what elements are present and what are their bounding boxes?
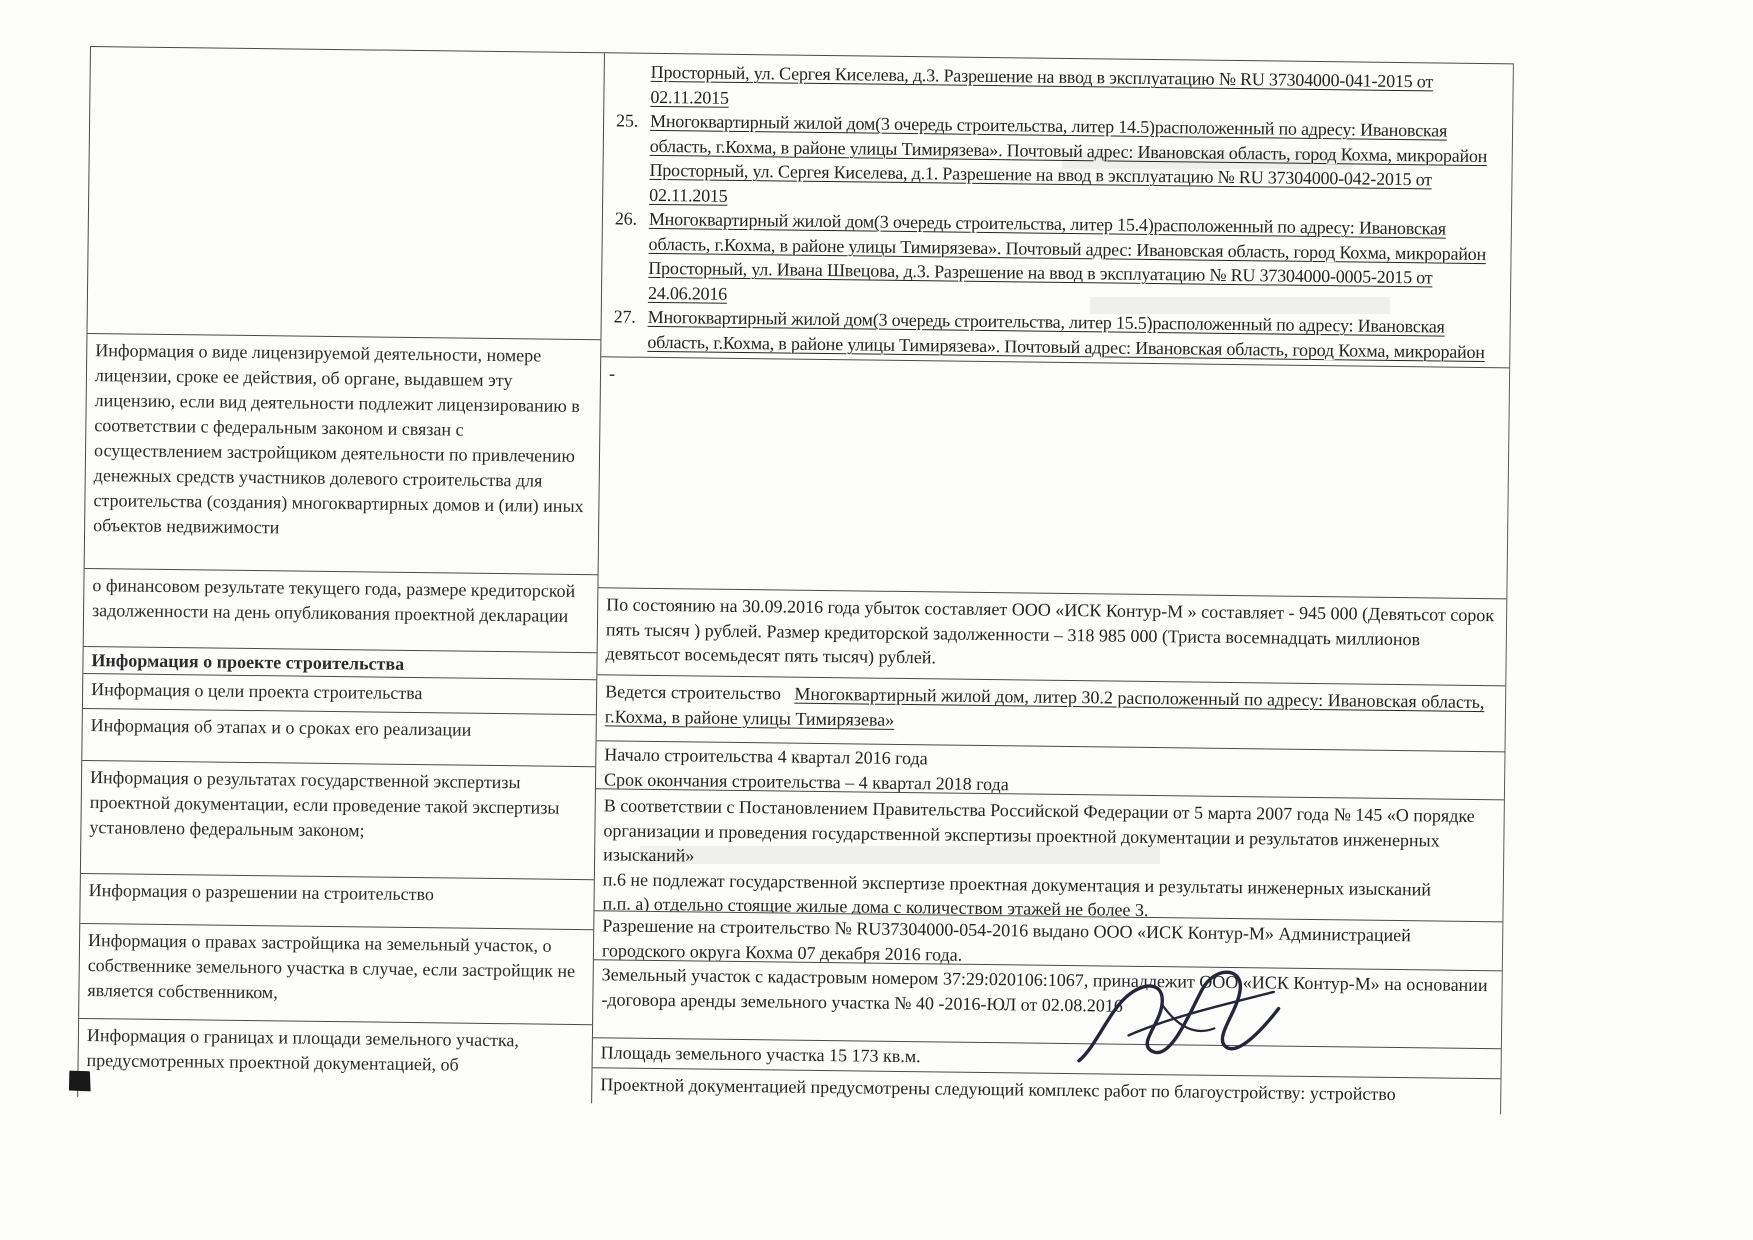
permit-label-text: Информация о разрешении на строительство bbox=[89, 880, 434, 904]
list-item-26: 26. Многоквартирный жилой дом(3 очередь … bbox=[614, 206, 1507, 315]
financial-label-text: о финансовом результате текущего года, р… bbox=[92, 575, 575, 626]
row-land-rights-label: Информация о правах застройщика на земел… bbox=[79, 924, 593, 1025]
row-permit-label: Информация о разрешении на строительство bbox=[80, 874, 594, 930]
financial-value-text: По состоянию на 30.09.2016 года убыток с… bbox=[605, 594, 1494, 667]
cell-objects-list-continuation: Просторный, ул. Сергея Киселева, д.3. Ра… bbox=[601, 53, 1513, 368]
goal-label-text: Информация о цели проекта строительства bbox=[91, 679, 423, 703]
list-item-25-number: 25. bbox=[615, 108, 650, 206]
cell-expertise-value: В соответствии с Постановлением Правител… bbox=[594, 789, 1503, 922]
column-left-labels: Информация о виде лицензируемой деятельн… bbox=[77, 47, 605, 1103]
cell-license-value: - bbox=[598, 357, 1509, 599]
signature-scribble bbox=[1067, 961, 1292, 1093]
land-area-label-text: Информация о границах и площади земельно… bbox=[86, 1025, 519, 1075]
row-stages-label: Информация об этапах и о сроках его реал… bbox=[82, 709, 596, 767]
list-item-25: 25. Многоквартирный жилой дом(3 очередь … bbox=[615, 108, 1508, 217]
permit-value-text: Разрешение на строительство № RU37304000… bbox=[602, 915, 1411, 964]
license-value-dash: - bbox=[609, 363, 615, 383]
expertise-label-text: Информация о результатах государственной… bbox=[89, 767, 559, 840]
stages-label-text: Информация об этапах и о сроках его реал… bbox=[91, 715, 472, 740]
land-rights-label-text: Информация о правах застройщика на земел… bbox=[87, 930, 575, 1002]
row-financial-label: о финансовом результате текущего года, р… bbox=[84, 569, 598, 653]
landscaping-value-text: Проектной документацией предусмотрены сл… bbox=[600, 1074, 1396, 1104]
project-section-header-text: Информация о проекте строительства bbox=[91, 650, 404, 674]
list-item-26-number: 26. bbox=[614, 206, 649, 304]
row-license-label: Информация о виде лицензируемой деятельн… bbox=[85, 334, 601, 575]
expertise-paragraph-1: В соответствии с Постановлением Правител… bbox=[603, 793, 1496, 877]
cell-financial-value: По состоянию на 30.09.2016 года убыток с… bbox=[597, 588, 1506, 686]
scanned-page: Информация о виде лицензируемой деятельн… bbox=[0, 0, 1753, 1240]
list-item-26-text: Многоквартирный жилой дом(3 очередь стро… bbox=[648, 207, 1507, 315]
license-label-text: Информация о виде лицензируемой деятельн… bbox=[93, 340, 584, 537]
signature-icon bbox=[1067, 961, 1292, 1088]
scan-corner-artifact bbox=[67, 1068, 94, 1093]
area-value-text: Площадь земельного участка 15 173 кв.м. bbox=[601, 1042, 921, 1066]
declaration-table: Информация о виде лицензируемой деятельн… bbox=[77, 46, 1514, 1114]
cell-land-rights-value: Земельный участок с кадастровым номером … bbox=[593, 960, 1502, 1049]
cell-goal-value: Ведется строительство Многоквартирный жи… bbox=[597, 675, 1506, 752]
row-expertise-label: Информация о результатах государственной… bbox=[81, 761, 595, 880]
column-right-values: Просторный, ул. Сергея Киселева, д.3. Ра… bbox=[592, 53, 1514, 1114]
row-land-area-label: Информация о границах и площади земельно… bbox=[78, 1019, 592, 1103]
goal-value-intro: Ведется строительство bbox=[605, 681, 781, 703]
cell-empty-top-left bbox=[87, 47, 603, 340]
list-item-25-text: Многоквартирный жилой дом(3 очередь стро… bbox=[649, 109, 1508, 217]
